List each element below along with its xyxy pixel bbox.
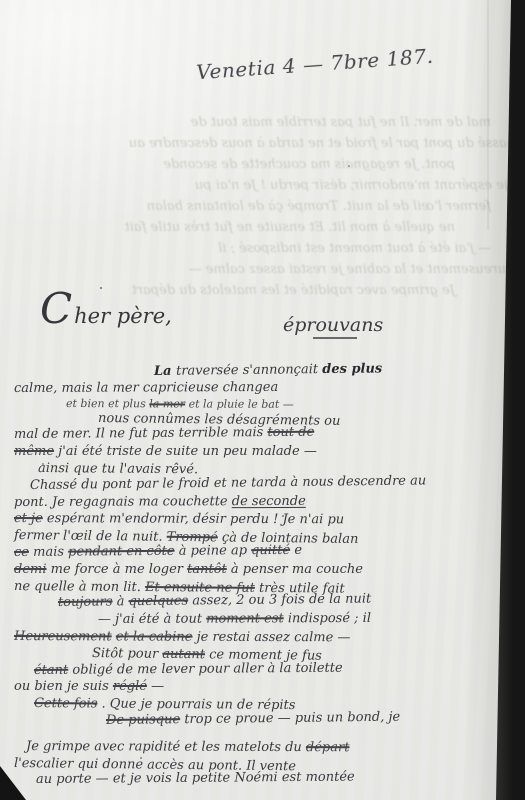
annotation-underline [313, 337, 357, 339]
date-line: Venetia 4 — 7bre 187. [195, 44, 434, 85]
manuscript-line [14, 728, 491, 739]
annotation-eprouvants: éprouvans [283, 314, 383, 339]
manuscript-line: étant obligé de me lever pour aller à la… [34, 659, 491, 679]
manuscript-line: et je espérant m'endormir, désir perdu !… [14, 511, 491, 530]
manuscript-line: ou bien je suis réglé — [14, 679, 491, 696]
manuscript-line: pont. Je regagnais ma couchette de secon… [14, 493, 491, 512]
manuscript-line: ce mais pendant en côte à peine ap quitt… [14, 541, 491, 561]
manuscript-line: De puisque trop ce proue — puis un bond,… [106, 709, 491, 730]
manuscript-line: La traversée s'annonçait des plus [154, 360, 491, 381]
manuscript-line: et bien et plus la mer et la pluie le ba… [66, 398, 491, 413]
manuscript-line: au porte — et je vois la petite Noémi es… [36, 769, 491, 789]
manuscript-line: toujours à quelques assez, 2 ou 3 fois d… [58, 590, 491, 612]
manuscript-page: mal de mer. Il ne fut pas terrible mais … [0, 0, 525, 800]
manuscript-line: Heureusement et la cabine je restai asse… [14, 629, 491, 648]
annotation-text: éprouvans [283, 314, 383, 336]
bleedthrough-ghost-text: mal de mer. Il ne fut pas terrible mais … [0, 112, 525, 301]
manuscript-line: mal de mer. Il ne fut pas terrible mais … [14, 424, 491, 444]
manuscript-line: demi me force à me loger tantôt à penser… [14, 562, 491, 579]
manuscript-line: même j'ai été triste de suite un peu mal… [14, 444, 491, 461]
manuscript-line: Je grimpe avec rapidité et les matelots … [26, 739, 491, 758]
manuscript-line: calme, mais la mer capricieuse changea [14, 379, 491, 398]
paper-specks [100, 287, 102, 289]
salutation: Cher père, [40, 300, 172, 328]
manuscript-line: — j'ai été à tout moment est indisposé ;… [98, 611, 491, 629]
letter-body: La traversée s'annonçait des pluscalme, … [14, 364, 491, 789]
